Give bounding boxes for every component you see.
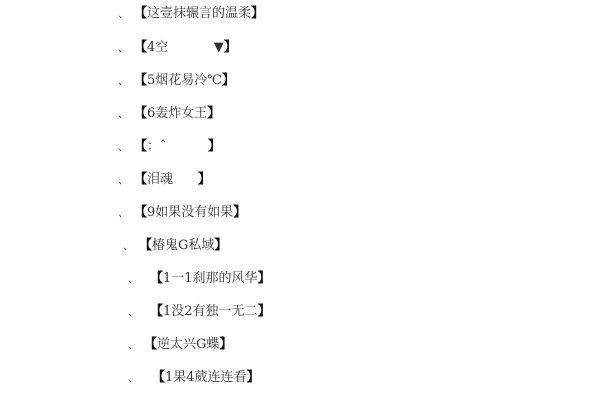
item-text: 1一1刹那的风华 <box>163 269 258 289</box>
list-item: 、 【 ：ˆ 】 <box>118 137 221 157</box>
open-bracket: 【 <box>134 104 147 124</box>
bullet-mark: 、 <box>123 236 139 256</box>
list-item: 、 【 泪魂 】 <box>118 170 211 190</box>
open-bracket: 【 <box>150 269 163 289</box>
item-text: 4空 ▼ <box>147 38 224 58</box>
open-bracket: 【 <box>150 302 163 322</box>
item-text: 1果4葳连连看 <box>165 368 247 388</box>
list-item: 、 【 1果4葳连连看 】 <box>128 368 260 388</box>
close-bracket: 】 <box>207 104 220 124</box>
open-bracket: 【 <box>134 71 147 91</box>
bullet-mark: 、 <box>118 38 134 58</box>
list-item: 、 【 1一1刹那的风华 】 <box>128 269 271 289</box>
list-item: 、 【 这壹抹辗言的温柔 】 <box>118 4 264 24</box>
close-bracket: 】 <box>222 71 235 91</box>
list-item: 、 【 6轰炸女王 】 <box>118 104 220 124</box>
list-item: 、 【 逆太兴G蝶 】 <box>128 335 232 355</box>
open-bracket: 【 <box>139 236 152 256</box>
close-bracket: 】 <box>219 335 232 355</box>
bullet-mark: 、 <box>118 170 134 190</box>
item-text: 9如果没有如果 <box>147 203 233 223</box>
open-bracket: 【 <box>134 137 147 157</box>
item-text: 6轰炸女王 <box>147 104 207 124</box>
close-bracket: 】 <box>208 137 221 157</box>
item-text: 5烟花易冷℃ <box>147 71 222 91</box>
open-bracket: 【 <box>144 335 157 355</box>
bullet-mark: 、 <box>128 368 152 388</box>
close-bracket: 】 <box>198 170 211 190</box>
close-bracket: 】 <box>258 269 271 289</box>
bullet-mark: 、 <box>128 302 150 322</box>
bullet-mark: 、 <box>118 137 134 157</box>
item-text: 逆太兴G蝶 <box>157 335 219 355</box>
list-item: 、 【 5烟花易冷℃ 】 <box>118 71 235 91</box>
close-bracket: 】 <box>247 368 260 388</box>
document-page: 、 【 这壹抹辗言的温柔 】 、 【 4空 ▼ 】 、 【 5烟花易冷℃ 】 、… <box>0 0 600 400</box>
list-item: 、 【 4空 ▼ 】 <box>118 38 237 58</box>
bullet-mark: 、 <box>118 104 134 124</box>
open-bracket: 【 <box>134 170 147 190</box>
list-item: 、 【 9如果没有如果 】 <box>118 203 246 223</box>
open-bracket: 【 <box>152 368 165 388</box>
close-bracket: 】 <box>224 38 237 58</box>
open-bracket: 【 <box>134 38 147 58</box>
bullet-mark: 、 <box>128 269 150 289</box>
close-bracket: 】 <box>214 236 227 256</box>
close-bracket: 】 <box>258 302 271 322</box>
item-text: 1没2有独一无二 <box>163 302 258 322</box>
item-text: ：ˆ <box>147 137 208 157</box>
list-item: 、 【 1没2有独一无二 】 <box>128 302 271 322</box>
close-bracket: 】 <box>251 4 264 24</box>
open-bracket: 【 <box>134 4 147 24</box>
item-text: 泪魂 <box>147 170 198 190</box>
bullet-mark: 、 <box>128 335 144 355</box>
bullet-mark: 、 <box>118 203 134 223</box>
bullet-mark: 、 <box>118 71 134 91</box>
list-item: 、 【 椿鬼G私域 】 <box>123 236 227 256</box>
bullet-mark: 、 <box>118 4 134 24</box>
item-text: 这壹抹辗言的温柔 <box>147 4 251 24</box>
close-bracket: 】 <box>233 203 246 223</box>
item-text: 椿鬼G私域 <box>152 236 214 256</box>
open-bracket: 【 <box>134 203 147 223</box>
